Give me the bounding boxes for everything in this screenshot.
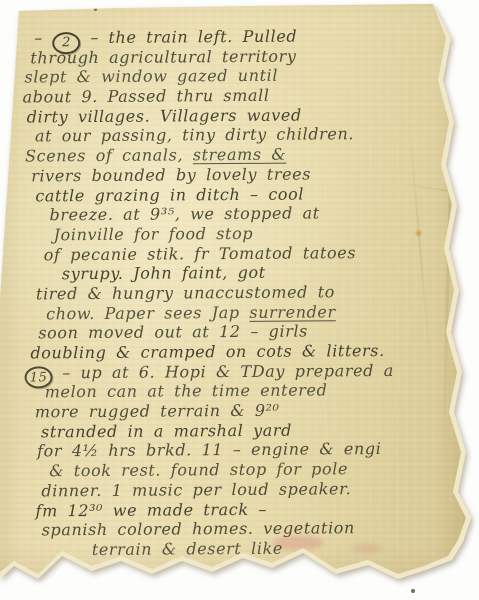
- line-lead-dash: –: [34, 28, 52, 47]
- handwriting-line: syrupy. John faint, got: [62, 262, 448, 284]
- handwriting-block: – 2 – the train left. Pulledthrough agri…: [22, 26, 450, 561]
- line-text: more rugged terrain & 9²⁰: [35, 401, 280, 422]
- line-text: slept & window gazed until: [24, 66, 278, 87]
- line-text: & took rest. found stop for pole: [49, 459, 348, 480]
- line-text: breeze. at 9³⁵, we stopped at: [49, 204, 319, 225]
- paper-shadow-wrap: – 2 – the train left. Pulledthrough agri…: [0, 0, 479, 600]
- line-text: – the train left. Pulled: [80, 27, 297, 48]
- line-text: through agricultural territory: [30, 46, 296, 67]
- handwriting-line: 15 – up at 6. Hopi & TDay prepared a: [24, 360, 448, 383]
- underlined-text: streams &: [193, 145, 287, 165]
- line-text: doubling & cramped on cots & litters.: [30, 341, 384, 362]
- line-text: about 9. Passed thru small: [23, 86, 270, 107]
- handwriting-line: Joinville for food stop: [54, 222, 448, 244]
- line-text: at our passing, tiny dirty children.: [35, 125, 354, 146]
- handwriting-line: terrain & desert like: [92, 537, 450, 559]
- underlined-text: surrender: [249, 302, 335, 322]
- line-text: for 4½ hrs brkd. 11 – engine & engi: [37, 439, 381, 460]
- line-text: stranded in a marshal yard: [41, 420, 292, 441]
- line-text: rivers bounded by lovely trees: [31, 164, 311, 185]
- line-text: fm 12³⁰ we made track –: [35, 499, 267, 520]
- paper-sheet: – 2 – the train left. Pulledthrough agri…: [0, 0, 479, 600]
- line-text: soon moved out at 12 – girls: [38, 322, 308, 343]
- line-text: cattle grazing in ditch – cool: [35, 184, 304, 205]
- line-text: tired & hungry unaccustomed to: [36, 282, 335, 303]
- line-text: dinner. 1 music per loud speaker.: [41, 479, 351, 500]
- line-text: melon can at the time entered: [45, 381, 328, 402]
- scan-dust-speck: [411, 589, 415, 593]
- line-text: spanish colored homes. vegetation: [42, 518, 355, 539]
- line-text: chow. Paper sees Jap: [46, 303, 249, 323]
- line-text: Scenes of canals,: [25, 145, 193, 165]
- handwriting-line: & took rest. found stop for pole: [49, 459, 449, 481]
- ink-speck: [94, 8, 97, 11]
- line-text: Joinville for food stop: [54, 224, 254, 244]
- line-text: of pecanie stik. fr Tomatod tatoes: [44, 243, 357, 264]
- line-text: – up at 6. Hopi & TDay prepared a: [52, 361, 393, 382]
- line-text: dirty villages. Villagers waved: [27, 105, 302, 126]
- handwriting-line: breeze. at 9³⁵, we stopped at: [49, 203, 447, 225]
- scan-background: – 2 – the train left. Pulledthrough agri…: [0, 0, 479, 600]
- line-text: syrupy. John faint, got: [62, 263, 266, 283]
- line-text: terrain & desert like: [92, 539, 283, 559]
